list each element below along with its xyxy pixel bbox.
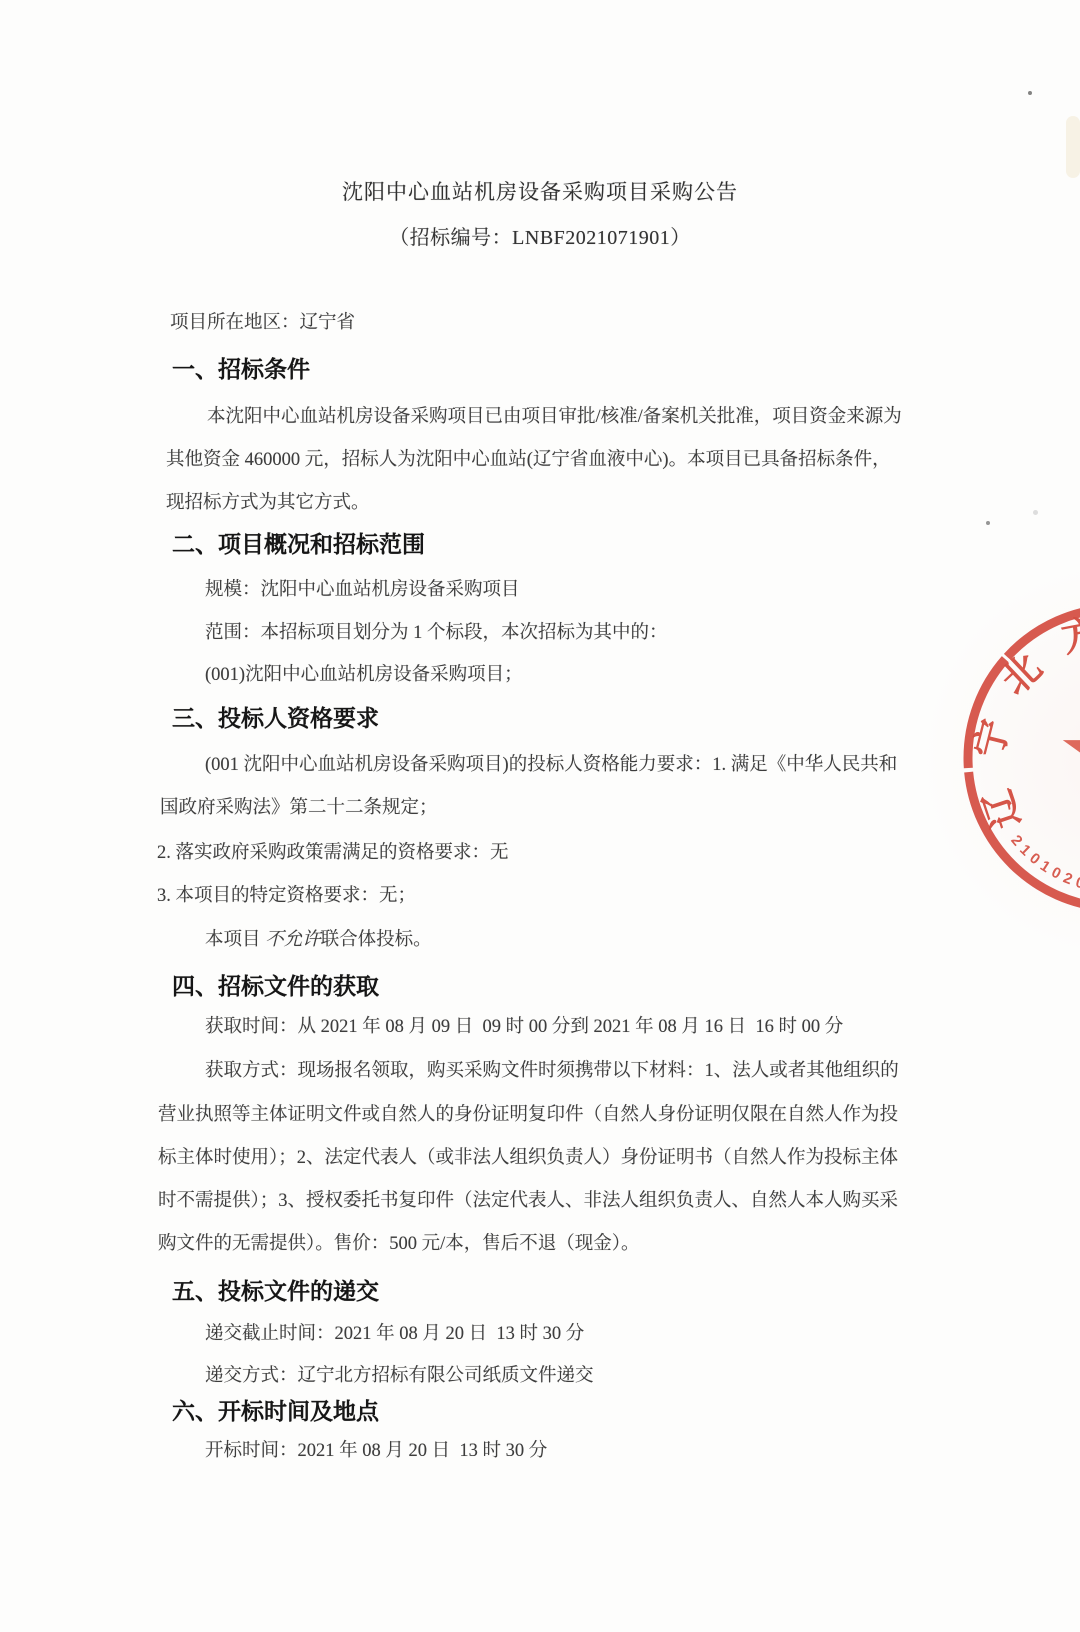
section-1-line: 其他资金 460000 元，招标人为沈阳中心血站(辽宁省血液中心)。本项目已具备… (166, 449, 891, 471)
section-6-heading: 六、开标时间及地点 (172, 1399, 379, 1424)
joint-prefix: 本项目 (205, 930, 261, 950)
joint-italic: 不允许 (265, 930, 321, 950)
section-4-heading: 四、招标文件的获取 (172, 974, 379, 999)
section-4-line: 购文件的无需提供）。售价：500 元/本，售后不退（现金）。 (158, 1233, 640, 1255)
section-2-scope-line: 范围：本招标项目划分为 1 个标段，本次招标为其中的： (205, 622, 668, 644)
section-5-heading: 五、投标文件的递交 (172, 1279, 379, 1304)
section-2-heading: 二、项目概况和招标范围 (172, 532, 425, 557)
dust-speck (1033, 510, 1038, 515)
section-1-line: 本沈阳中心血站机房设备采购项目已由项目审批/核准/备案机关批准，项目资金来源为 (207, 406, 902, 428)
section-6-line: 开标时间：2021 年 08 月 20 日 13 时 30 分 (205, 1440, 547, 1462)
section-4-line: 营业执照等主体证明文件或自然人的身份证明复印件（自然人身份证明仅限在自然人作为投 (158, 1104, 898, 1126)
tender-number: （招标编号：LNBF2021071901） (0, 221, 1080, 250)
section-3-joint-venture-line: 本项目 不允许联合体投标。 (205, 929, 432, 951)
section-1-line: 现招标方式为其它方式。 (166, 492, 370, 514)
dust-speck (986, 521, 990, 525)
scan-smudge (1066, 116, 1080, 178)
section-2-scale-line: 规模：沈阳中心血站机房设备采购项目 (205, 579, 520, 601)
section-4-line: 标主体时使用）；2、法定代表人（或非法人组织负责人）身份证明书（自然人作为投标主… (158, 1147, 898, 1169)
section-4-line: 时不需提供）；3、授权委托书复印件（法定代表人、非法人组织负责人、自然人本人购买… (158, 1190, 898, 1212)
dust-speck (1028, 91, 1032, 95)
section-3-line: 2. 落实政府采购政策需满足的资格要求：无 (157, 842, 509, 864)
section-3-heading: 三、投标人资格要求 (172, 706, 379, 731)
scanned-document-page: 沈阳中心血站机房设备采购项目采购公告 （招标编号：LNBF2021071901）… (0, 0, 1080, 1632)
company-seal: 辽宁北方招标 2101020 (938, 578, 1080, 938)
region-line: 项目所在地区：辽宁省 (170, 312, 355, 334)
section-2-lot-line: (001)沈阳中心血站机房设备采购项目； (205, 664, 523, 686)
section-3-line: 国政府采购法》第二十二条规定； (160, 797, 438, 819)
section-4-line: 获取时间：从 2021 年 08 月 09 日 09 时 00 分到 2021 … (205, 1016, 843, 1038)
section-3-line: 3. 本项目的特定资格要求：无； (157, 885, 416, 907)
section-5-line: 递交截止时间：2021 年 08 月 20 日 13 时 30 分 (205, 1323, 584, 1345)
section-3-line: (001 沈阳中心血站机房设备采购项目)的投标人资格能力要求：1. 满足《中华人… (205, 754, 897, 776)
doc-title: 沈阳中心血站机房设备采购项目采购公告 (0, 176, 1080, 206)
joint-suffix: 联合体投标。 (321, 930, 432, 950)
star-icon (1063, 700, 1080, 805)
section-5-line: 递交方式：辽宁北方招标有限公司纸质文件递交 (205, 1365, 594, 1387)
section-4-line: 获取方式：现场报名领取，购买采购文件时须携带以下材料：1、法人或者其他组织的 (205, 1060, 899, 1082)
section-1-heading: 一、招标条件 (172, 357, 310, 382)
